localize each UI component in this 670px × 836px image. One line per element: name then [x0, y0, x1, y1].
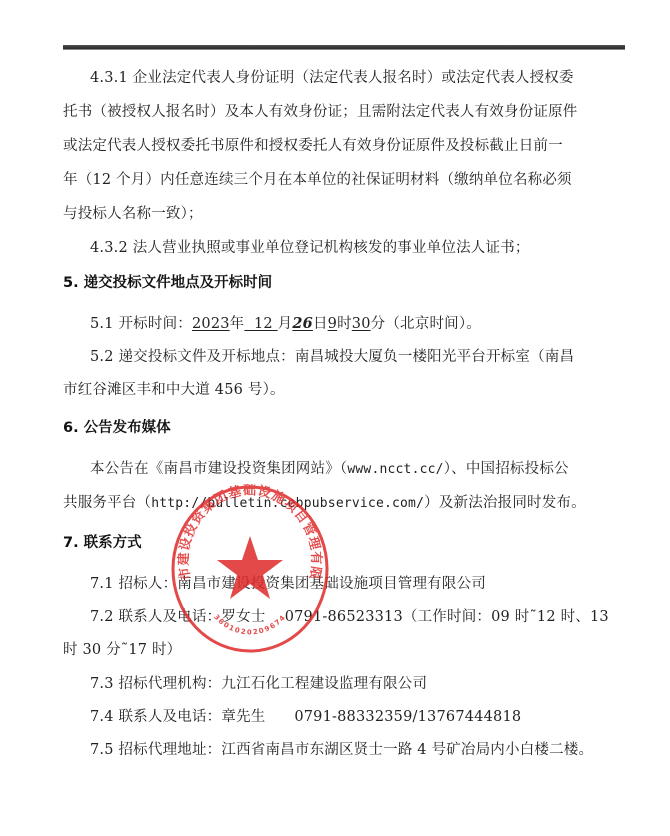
media-text-d: ）及新法治报同时发布。 — [424, 495, 586, 511]
month-unit: 月 — [278, 316, 293, 332]
bid-day: 26 — [292, 315, 313, 332]
para-5-1: 5.1 开标时间：2023年 12 月26日9时30分（北京时间）。 — [90, 314, 481, 334]
para-5-2-line-2: 市红谷滩区丰和中大道 456 号）。 — [63, 380, 285, 400]
para-7-3: 7.3 招标代理机构：九江石化工程建设监理有限公司 — [90, 674, 427, 694]
year-unit: 年 — [230, 316, 245, 332]
media-text-c: 共服务平台（ — [63, 495, 151, 511]
media-text-b: ）、中国招标投标公 — [444, 461, 569, 477]
para-7-4: 7.4 联系人及电话：章先生 0791-88332359/13767444818 — [90, 707, 521, 727]
para-4-3-1-line-1: 4.3.1 企业法定代表人身份证明（法定代表人报名时）或法定代表人授权委 — [90, 68, 574, 88]
hour-unit: 时 — [337, 316, 352, 332]
cebpub-link[interactable]: http://bulletin.cebpubservice.com/ — [151, 496, 424, 511]
para-4-3-1-line-4: 年（12 个月）内任意连续三个月在本单位的社保证明材料（缴纳单位名称必须 — [63, 170, 572, 190]
bid-month: 12 — [244, 316, 277, 332]
para-4-3-1-line-5: 与投标人名称一致）； — [63, 204, 203, 224]
header-rule — [63, 45, 625, 50]
bid-minute: 30 — [352, 316, 371, 332]
media-text-a: 本公告在《南昌市建设投资集团网站》（ — [90, 461, 347, 477]
para-4-3-1-line-3: 或法定代表人授权委托书原件和授权委托人有效身份证原件及投标截止日前一 — [63, 136, 563, 156]
para-5-2-line-1: 5.2 递交投标文件及开标地点：南昌城投大厦负一楼阳光平台开标室（南昌 — [90, 347, 574, 367]
bid-hour: 9 — [328, 316, 337, 332]
section-7-heading: 7. 联系方式 — [63, 533, 142, 553]
ncct-link[interactable]: www.ncct.cc/ — [347, 462, 443, 477]
para-6-line-1: 本公告在《南昌市建设投资集团网站》（www.ncct.cc/）、中国招标投标公 — [90, 459, 569, 480]
para-4-3-1-line-2: 托书（被授权人报名时）及本人有效身份证；且需附法定代表人有效身份证原件 — [63, 102, 578, 122]
bid-opening-label: 5.1 开标时间： — [90, 316, 192, 332]
para-7-2-line-2: 时 30 分˜17 时） — [63, 640, 181, 660]
day-unit: 日 — [313, 316, 328, 332]
para-6-line-2: 共服务平台（http://bulletin.cebpubservice.com/… — [63, 493, 586, 514]
section-6-heading: 6. 公告发布媒体 — [63, 418, 171, 438]
para-4-3-2: 4.3.2 法人营业执照或事业单位登记机构核发的事业单位法人证书； — [90, 238, 530, 258]
bid-year: 2023 — [192, 316, 230, 332]
para-7-5: 7.5 招标代理地址：江西省南昌市东湖区贤士一路 4 号矿冶局内小白楼二楼。 — [90, 740, 593, 760]
section-5-heading: 5. 递交投标文件地点及开标时间 — [63, 273, 272, 293]
minute-unit: 分 — [371, 316, 386, 332]
para-7-1: 7.1 招标人：南昌市建设投资集团基础设施项目管理有限公司 — [90, 574, 486, 594]
para-7-2-line-1: 7.2 联系人及电话：罗女士 0791-86523313（工作时间：09 时˜1… — [90, 607, 609, 627]
timezone-note: （北京时间）。 — [385, 316, 481, 332]
